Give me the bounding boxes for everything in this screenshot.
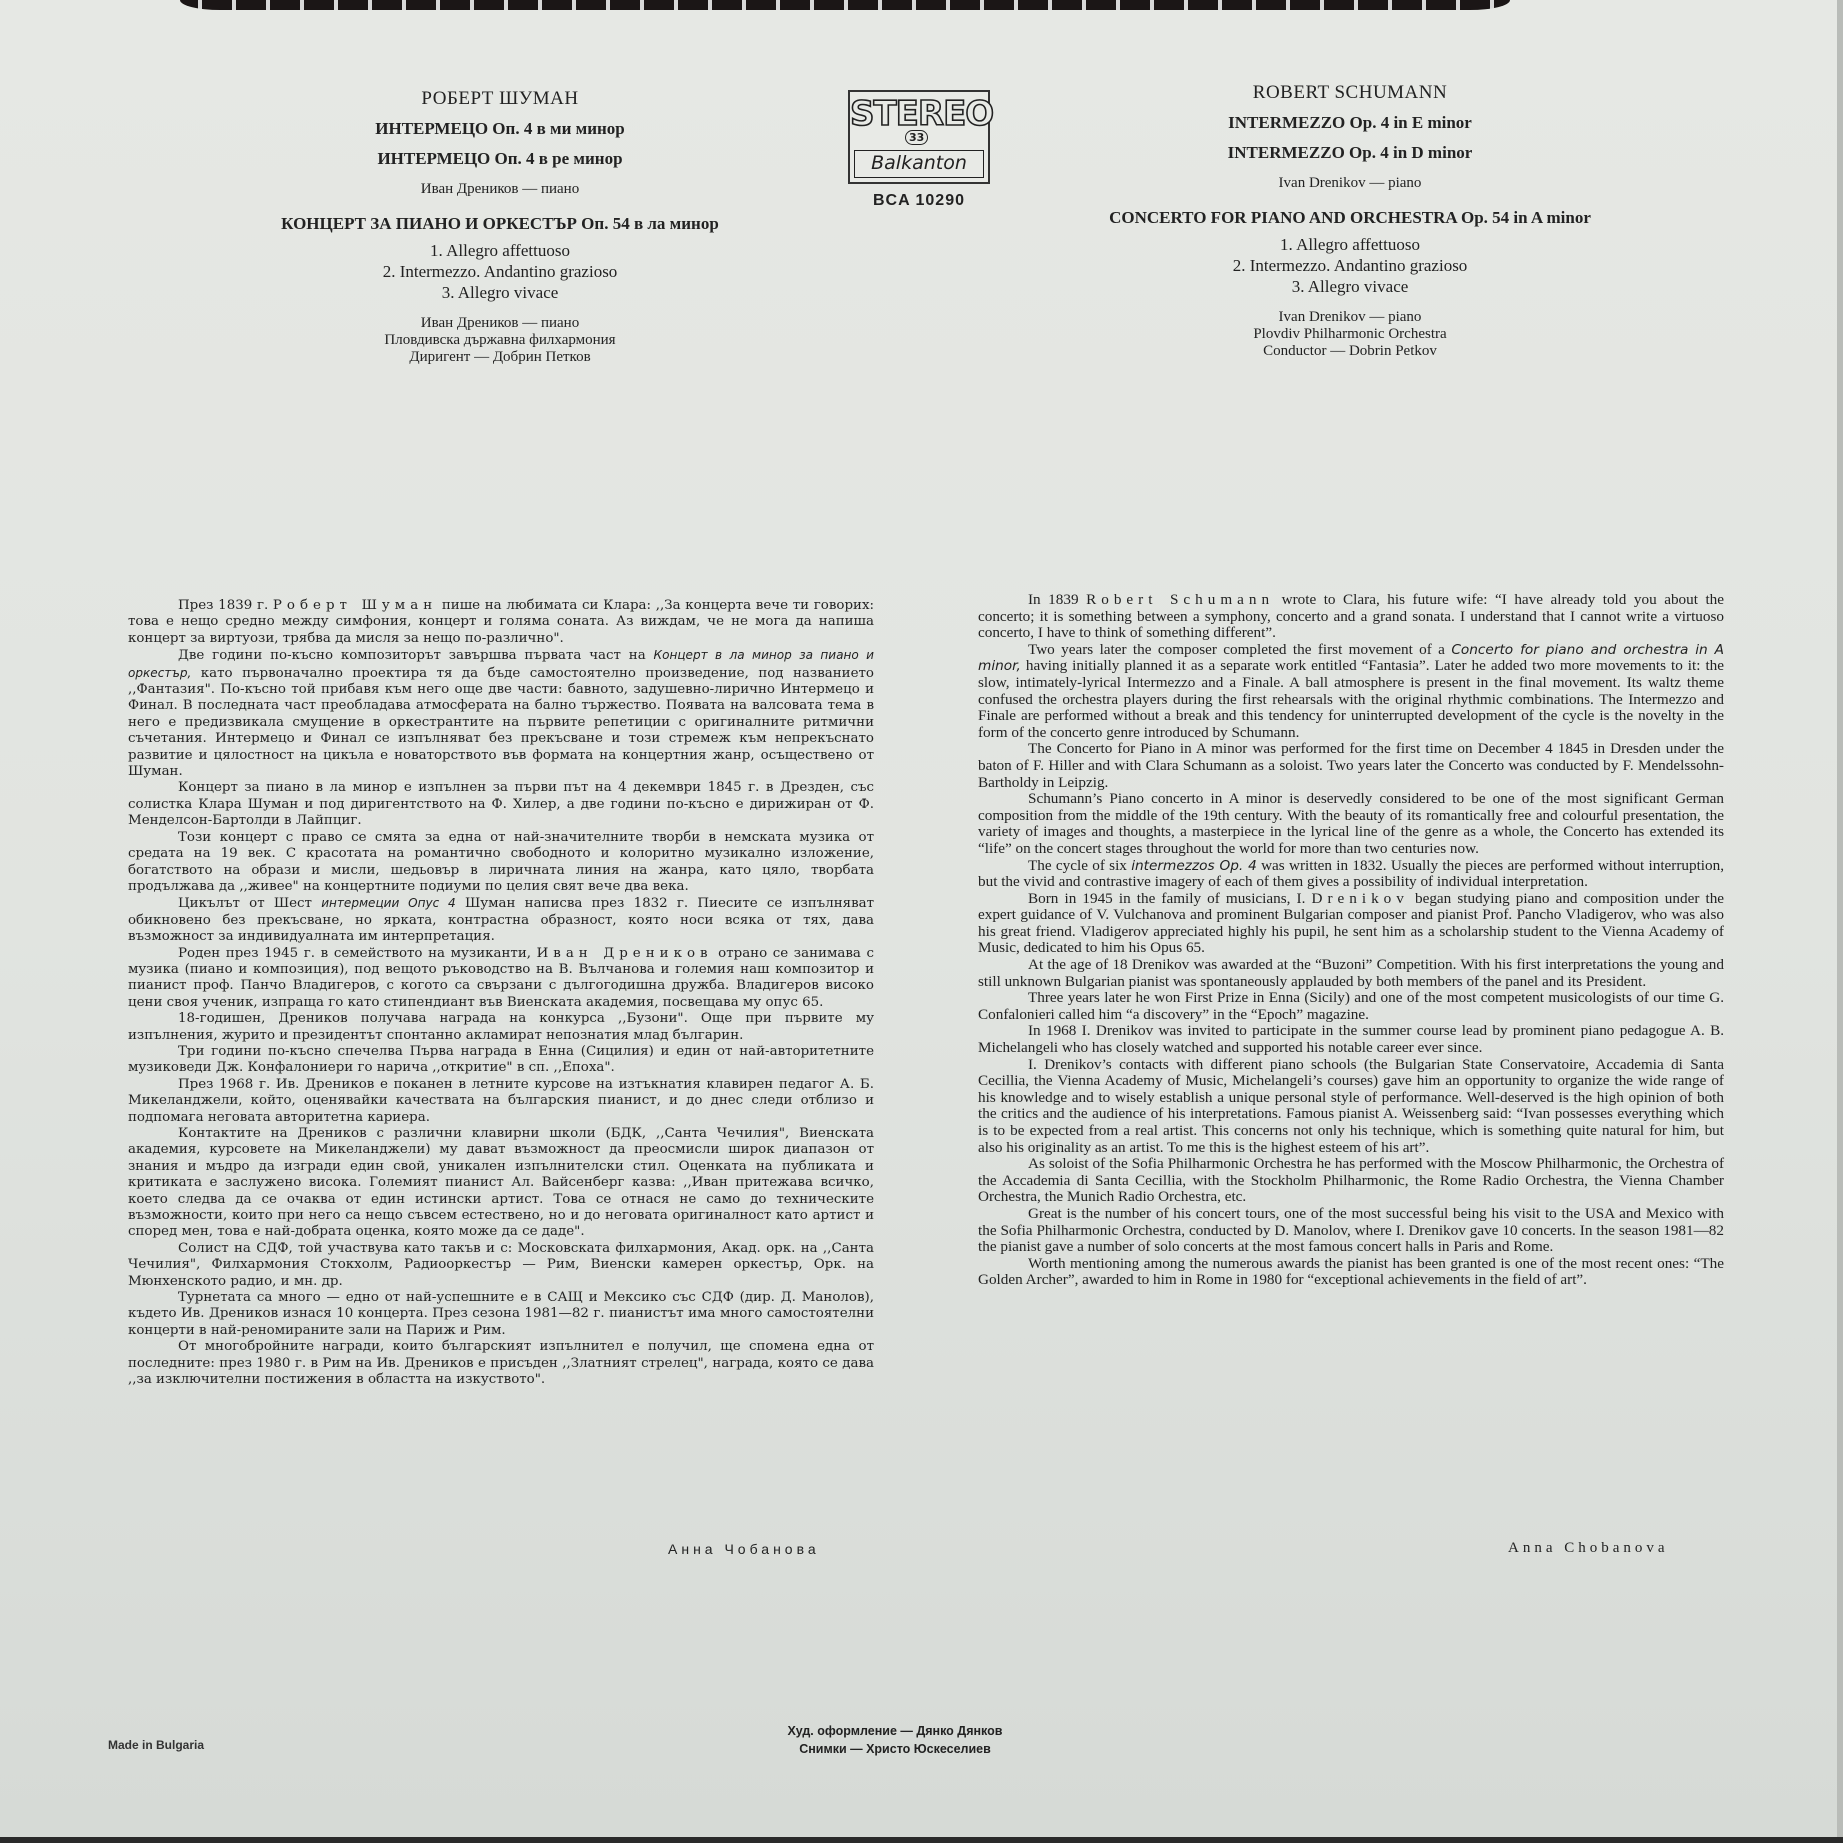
liner-notes-bulgarian: През 1839 г. Роберт Шуман пише на любима… — [128, 598, 874, 1389]
paragraph: The cycle of six intermezzos Op. 4 was w… — [978, 858, 1724, 891]
composer-name: ROBERT SCHUMANN — [1060, 82, 1640, 105]
photo-credit: Снимки — Христо Юскеселиев — [745, 1740, 1045, 1758]
concerto-title: КОНЦЕРТ ЗА ПИАНО И ОРКЕСТЪР Оп. 54 в ла … — [250, 214, 750, 234]
sleeve-top-edge — [180, 0, 1510, 10]
record-sleeve-back: РОБЕРТ ШУМАН ИНТЕРМЕЦО Оп. 4 в ми минор … — [0, 0, 1843, 1843]
movement: 3. Allegro vivace — [1060, 276, 1640, 297]
movement: 2. Intermezzo. Andantino grazioso — [1060, 255, 1640, 276]
rpm-badge: 33 — [905, 130, 928, 145]
paragraph: Турнетата са много — едно от най-успешни… — [128, 1290, 874, 1339]
made-in-label: Made in Bulgaria — [108, 1738, 204, 1752]
catalog-number: BCA 10290 — [848, 192, 990, 210]
sleeve-right-edge — [1837, 0, 1843, 1843]
work-title: INTERMEZZO Op. 4 in D minor — [1060, 143, 1640, 163]
paragraph: Контактите на Дреников с различни клавир… — [128, 1126, 874, 1241]
work-title: ИНТЕРМЕЦО Оп. 4 в ре минор — [250, 149, 750, 169]
paragraph: Great is the number of his concert tours… — [978, 1206, 1724, 1256]
movement: 1. Allegro affettuoso — [250, 240, 750, 261]
stereo-label: STEREO — [850, 94, 988, 134]
movement: 2. Intermezzo. Andantino grazioso — [250, 261, 750, 282]
paragraph: Three years later he won First Prize in … — [978, 990, 1724, 1023]
paragraph: Роден през 1945 г. в семейството на музи… — [128, 946, 874, 1012]
movement: 3. Allegro vivace — [250, 282, 750, 303]
work-title: ИНТЕРМЕЦО Оп. 4 в ми минор — [250, 119, 750, 139]
paragraph: I. Drenikov’s contacts with different pi… — [978, 1057, 1724, 1157]
paragraph: At the age of 18 Drenikov was awarded at… — [978, 957, 1724, 990]
work-title: INTERMEZZO Op. 4 in E minor — [1060, 113, 1640, 133]
label-brand: Balkanton — [854, 150, 984, 178]
paragraph: Солист на СДФ, той участвува като такъв … — [128, 1241, 874, 1290]
paragraph: Born in 1945 in the family of musicians,… — [978, 891, 1724, 957]
paragraph: През 1968 г. Ив. Дреников е поканен в ле… — [128, 1077, 874, 1126]
movement: 1. Allegro affettuoso — [1060, 234, 1640, 255]
performer: Иван Дреников — пиано — [250, 180, 750, 198]
composer-name: РОБЕРТ ШУМАН — [250, 88, 750, 111]
paragraph: Worth mentioning among the numerous awar… — [978, 1256, 1724, 1289]
sleeve-bottom-edge — [0, 1837, 1843, 1843]
paragraph: 18-годишен, Дреников получава награда на… — [128, 1011, 874, 1044]
concerto-title: CONCERTO FOR PIANO AND ORCHESTRA Op. 54 … — [1060, 208, 1640, 228]
paragraph: In 1968 I. Drenikov was invited to parti… — [978, 1023, 1724, 1056]
performer-credits: Иван Дреников — пиано Пловдивска държавн… — [250, 315, 750, 366]
paragraph: От многобройните награди, които българск… — [128, 1339, 874, 1388]
paragraph: Цикълът от Шест интермеции Опус 4 Шуман … — [128, 895, 874, 945]
paragraph: Two years later the composer completed t… — [978, 642, 1724, 742]
paragraph: Schumann’s Piano concerto in A minor is … — [978, 791, 1724, 857]
author-signature: Анна Чобанова — [668, 1541, 820, 1557]
design-credit: Худ. оформление — Дянко Дянков — [745, 1722, 1045, 1740]
paragraph: As soloist of the Sofia Philharmonic Orc… — [978, 1156, 1724, 1206]
author-signature: Anna Chobanova — [1508, 1540, 1669, 1557]
paragraph: Три години по-късно спечелва Първа награ… — [128, 1044, 874, 1077]
paragraph: Две години по-късно композиторът завършв… — [128, 647, 874, 780]
performer-credits: Ivan Drenikov — piano Plovdiv Philharmon… — [1060, 309, 1640, 360]
paragraph: The Concerto for Piano in A minor was pe… — [978, 741, 1724, 791]
paragraph: Концерт за пиано в ла минор е изпълнен з… — [128, 780, 874, 829]
performer: Ivan Drenikov — piano — [1060, 174, 1640, 192]
paragraph: През 1839 г. Роберт Шуман пише на любима… — [128, 598, 874, 647]
production-credits: Худ. оформление — Дянко Дянков Снимки — … — [745, 1722, 1045, 1758]
stereo-balkanton-logo: STEREO 33 Balkanton — [848, 90, 990, 184]
header-bulgarian: РОБЕРТ ШУМАН ИНТЕРМЕЦО Оп. 4 в ми минор … — [250, 88, 750, 366]
paragraph: Този концерт с право се смята за една от… — [128, 830, 874, 896]
header-english: ROBERT SCHUMANN INTERMEZZO Op. 4 in E mi… — [1060, 82, 1640, 360]
liner-notes-english: In 1839 Robert Schumann wrote to Clara, … — [978, 592, 1724, 1289]
paragraph: In 1839 Robert Schumann wrote to Clara, … — [978, 592, 1724, 642]
